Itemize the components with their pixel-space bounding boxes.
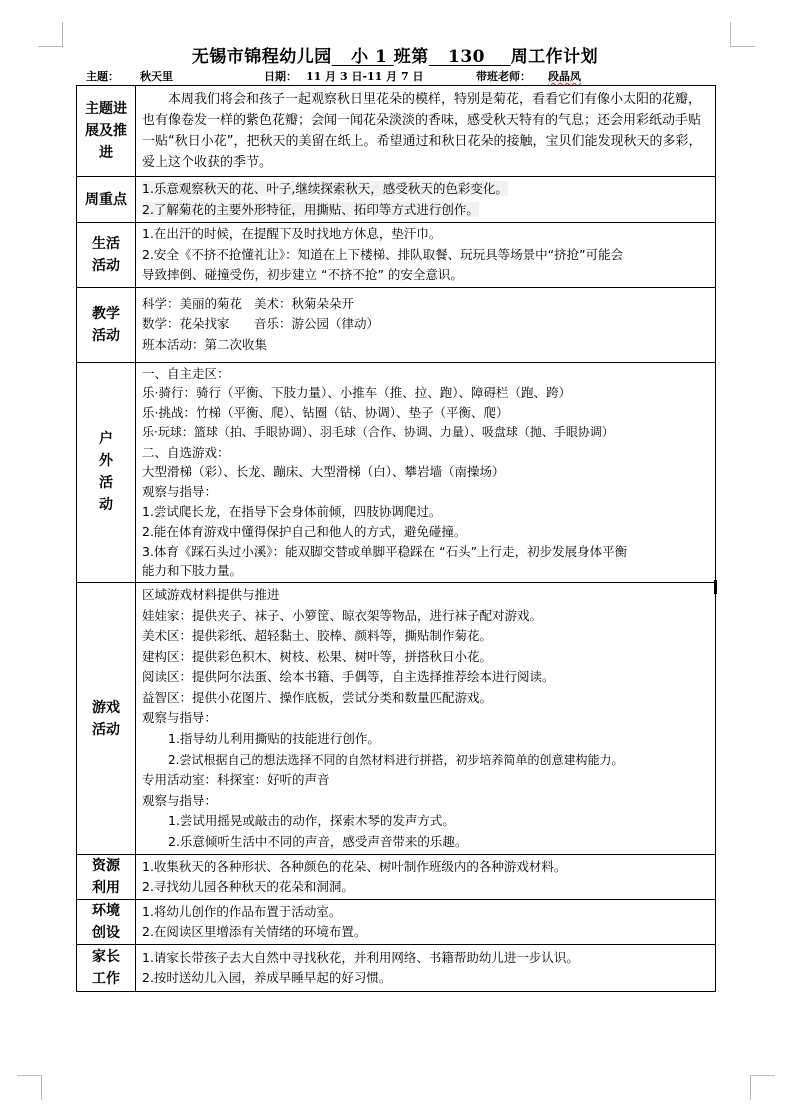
games-item: 1.尝试用摇晃或敲击的动作，探索木琴的发声方式。	[142, 811, 711, 832]
games-item: 专用活动室：科探室：好听的声音	[142, 770, 711, 791]
label-games: 游戏 活动	[77, 583, 136, 855]
games-item: 观察与指导：	[142, 791, 711, 812]
resources-list: 1.收集秋天的各种形状、各种颜色的花朵、树叶制作班级内的各种游戏材料。 2.寻找…	[136, 855, 716, 900]
row-games: 游戏 活动 区域游戏材料提供与推进 娃娃家：提供夹子、袜子、小箩筐、晾衣架等物品…	[77, 583, 716, 855]
daily-life-item: 导致摔倒、碰撞受伤，初步建立 “不挤不抢” 的安全意识。	[142, 265, 711, 286]
weekly-focus-list: 1.乐意观察秋天的花、叶子,继续探索秋天，感受秋天的色彩变化。 2.了解菊花的主…	[136, 177, 716, 223]
teaching-item: 班本活动：第二次收集	[142, 335, 711, 356]
date-value: 11 月 3 日-11 月 7 日	[306, 68, 435, 86]
row-weekly-focus: 周重点 1.乐意观察秋天的花、叶子,继续探索秋天，感受秋天的色彩变化。 2.了解…	[77, 177, 716, 223]
class-suffix: 班第	[394, 47, 429, 67]
environment-item: 1.将幼儿创作的作品布置于活动室。	[142, 902, 711, 923]
label-environment: 环境 创设	[77, 900, 136, 945]
page-title: 无锡市锦程幼儿园 小 1 班第 130 周工作计划	[0, 42, 790, 67]
teaching-list: 科学：美丽的菊花美术：秋菊朵朵开 数学：花朵找家音乐：游公园（律动） 班本活动：…	[136, 287, 716, 362]
theme-label: 主题：	[86, 68, 119, 84]
resources-item: 1.收集秋天的各种形状、各种颜色的花朵、树叶制作班级内的各种游戏材料。	[142, 857, 711, 878]
games-item: 建构区：提供彩色积木、树枝、松果、树叶等，拼搭秋日小花。	[142, 647, 711, 668]
outdoor-item: 2.能在体育游戏中懂得保护自己和他人的方式，避免碰撞。	[142, 522, 711, 542]
weekly-focus-item: 2.了解菊花的主要外形特征，用撕贴、拓印等方式进行创作。	[142, 202, 479, 217]
games-item: 1.指导幼儿利用撕贴的技能进行创作。	[142, 729, 711, 750]
label-parents: 家长 工作	[77, 945, 136, 992]
row-teaching: 教学 活动 科学：美丽的菊花美术：秋菊朵朵开 数学：花朵找家音乐：游公园（律动）…	[77, 287, 716, 362]
daily-life-item: 1.在出汗的时候，在提醒下及时找地方休息，垫汗巾。	[142, 224, 711, 245]
teacher-value: 段晶凤	[548, 68, 581, 84]
games-item: 2.尝试根据自己的想法选择不同的自然材料进行拼搭，初步培养简单的创意建构能力。	[142, 750, 711, 771]
date-label: 日期：	[264, 68, 297, 84]
games-item: 娃娃家：提供夹子、袜子、小箩筐、晾衣架等物品，进行袜子配对游戏。	[142, 606, 711, 627]
outdoor-item: 观察与指导：	[142, 482, 711, 502]
row-resources: 资源 利用 1.收集秋天的各种形状、各种颜色的花朵、树叶制作班级内的各种游戏材料…	[77, 855, 716, 900]
games-item: 益智区：提供小花图片、操作底板，尝试分类和数量匹配游戏。	[142, 688, 711, 709]
label-resources: 资源 利用	[77, 855, 136, 900]
games-item: 美术区：提供彩纸、超轻黏土、胶棒、颜料等，撕贴制作菊花。	[142, 626, 711, 647]
outdoor-list: 一、自主走区： 乐·骑行：骑行（平衡、下肢力量）、小推车（推、拉、跑）、障碍栏（…	[136, 362, 716, 583]
teacher-label: 带班老师：	[476, 68, 531, 84]
theme-progress-text: 本周我们将会和孩子一起观察秋日里花朵的模样，特别是菊花，看看它们有像小太阳的花瓣…	[136, 86, 716, 177]
outdoor-item: 3.体育《踩石头过小溪》：能双脚交替或单脚平稳踩在 “石头”上行走，初步发展身体…	[142, 542, 711, 562]
outdoor-item: 1.尝试爬长龙，在指导下会身体前倾，四肢协调爬过。	[142, 502, 711, 522]
row-outdoor: 户 外 活 动 一、自主走区： 乐·骑行：骑行（平衡、下肢力量）、小推车（推、拉…	[77, 362, 716, 583]
parents-list: 1.请家长带孩子去大自然中寻找秋花，并利用网络、书籍帮助幼儿进一步认识。 2.按…	[136, 945, 716, 992]
teaching-item: 数学：花朵找家音乐：游公园（律动）	[142, 314, 711, 335]
teaching-item: 科学：美丽的菊花美术：秋菊朵朵开	[142, 294, 711, 315]
outdoor-item: 一、自主走区：	[142, 364, 711, 384]
row-environment: 环境 创设 1.将幼儿创作的作品布置于活动室。 2.在阅读区里增添有关情绪的环境…	[77, 900, 716, 945]
label-theme-progress: 主题进 展及推 进	[77, 86, 136, 177]
parents-item: 2.按时送幼儿入园，养成早睡早起的好习惯。	[142, 968, 711, 989]
weekly-plan-table: 主题进 展及推 进 本周我们将会和孩子一起观察秋日里花朵的模样，特别是菊花，看看…	[76, 85, 716, 992]
kindergarten-name: 无锡市锦程幼儿园	[192, 47, 332, 67]
crop-mark-bottom-right	[750, 1075, 775, 1100]
outdoor-item: 能力和下肢力量。	[142, 561, 711, 581]
class-name: 小 1	[351, 47, 387, 67]
row-theme-progress: 主题进 展及推 进 本周我们将会和孩子一起观察秋日里花朵的模样，特别是菊花，看看…	[77, 86, 716, 177]
outdoor-item: 乐·骑行：骑行（平衡、下肢力量）、小推车（推、拉、跑）、障碍栏（跑、跨）	[142, 383, 711, 403]
resources-item: 2.寻找幼儿园各种秋天的花朵和洞洞。	[142, 877, 711, 898]
games-item: 阅读区：提供阿尔法蛋、绘本书籍、手偶等，自主选择推荐绘本进行阅读。	[142, 667, 711, 688]
games-item: 2.乐意倾听生活中不同的声音，感受声音带来的乐趣。	[142, 832, 711, 853]
label-weekly-focus: 周重点	[77, 177, 136, 223]
title-suffix: 周工作计划	[511, 47, 599, 67]
parents-item: 1.请家长带孩子去大自然中寻找秋花，并利用网络、书籍帮助幼儿进一步认识。	[142, 948, 711, 969]
label-daily-life: 生活 活动	[77, 223, 136, 288]
row-parents: 家长 工作 1.请家长带孩子去大自然中寻找秋花，并利用网络、书籍帮助幼儿进一步认…	[77, 945, 716, 992]
outdoor-item: 乐·玩球：篮球（拍、手眼协调）、羽毛球（合作、协调、力量）、吸盘球（抛、手眼协调…	[142, 423, 711, 443]
label-teaching: 教学 活动	[77, 287, 136, 362]
outdoor-item: 大型滑梯（彩）、长龙、蹦床、大型滑梯（白）、攀岩墙（南操场）	[142, 462, 711, 482]
daily-life-list: 1.在出汗的时候，在提醒下及时找地方休息，垫汗巾。 2.安全《不挤不抢懂礼让》：…	[136, 223, 716, 288]
text-cursor-marker	[714, 580, 717, 594]
weekly-focus-item: 1.乐意观察秋天的花、叶子,继续探索秋天，感受秋天的色彩变化。	[142, 181, 508, 196]
environment-item: 2.在阅读区里增添有关情绪的环境布置。	[142, 922, 711, 943]
environment-list: 1.将幼儿创作的作品布置于活动室。 2.在阅读区里增添有关情绪的环境布置。	[136, 900, 716, 945]
games-item: 观察与指导：	[142, 708, 711, 729]
outdoor-item: 乐·挑战：竹梯（平衡、爬）、钻圈（钻、协调）、垫子（平衡、爬）	[142, 403, 711, 423]
row-daily-life: 生活 活动 1.在出汗的时候，在提醒下及时找地方休息，垫汗巾。 2.安全《不挤不…	[77, 223, 716, 288]
games-item: 区域游戏材料提供与推进	[142, 585, 711, 606]
daily-life-item: 2.安全《不挤不抢懂礼让》：知道在上下楼梯、排队取餐、玩玩具等场景中“挤抢”可能…	[142, 245, 711, 266]
crop-mark-bottom-left	[17, 1075, 42, 1100]
games-list: 区域游戏材料提供与推进 娃娃家：提供夹子、袜子、小箩筐、晾衣架等物品，进行袜子配…	[136, 583, 716, 855]
theme-value: 秋天里	[140, 68, 196, 86]
label-outdoor: 户 外 活 动	[77, 362, 136, 583]
outdoor-item: 二、自选游戏：	[142, 443, 711, 463]
week-number: 130	[448, 47, 485, 67]
